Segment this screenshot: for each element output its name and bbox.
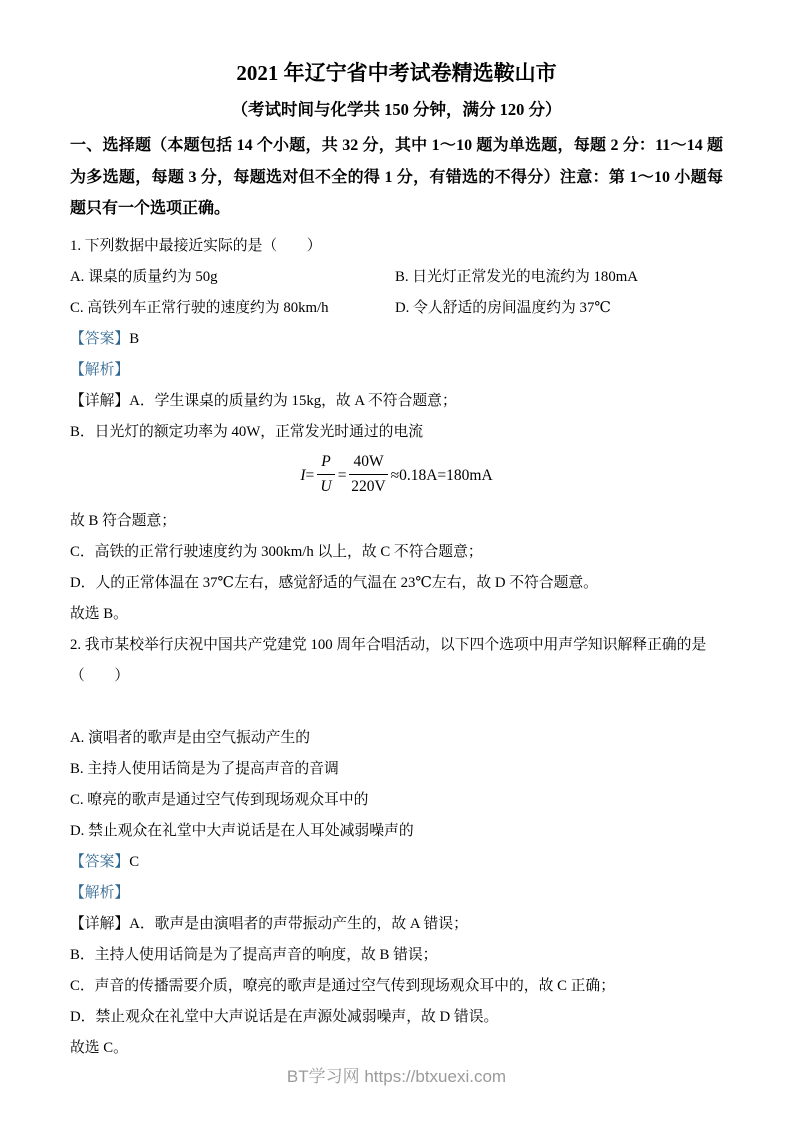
answer-label-q2: 【答案】	[70, 854, 129, 870]
formula-result: ≈0.18A=180mA	[391, 467, 493, 484]
formula-denominator-u: U	[317, 475, 334, 498]
q1-current-formula: I=PU=40W220V≈0.18A=180mA	[70, 453, 723, 500]
formula-denominator-220v: 220V	[349, 475, 387, 498]
q2-analysis-line: 【解析】	[70, 878, 723, 909]
q1-option-d: D. 令人舒适的房间温度约为 37℃	[395, 293, 611, 324]
watermark-footer: BT学习网 https://btxuexi.com	[0, 1062, 793, 1087]
exam-document-page: 2021 年辽宁省中考试卷精选鞍山市 （考试时间与化学共 150 分钟，满分 1…	[0, 0, 793, 1122]
formula-equals-2: =	[338, 467, 347, 484]
q2-option-a: A. 演唱者的歌声是由空气振动产生的	[70, 723, 723, 754]
q2-answer-value: C	[129, 854, 139, 870]
q1-detail-line-c: C．高铁的正常行驶速度约为 300km/h 以上，故 C 不符合题意；	[70, 537, 723, 568]
q2-detail-line-a: 【详解】A．歌声是由演唱者的声带振动产生的，故 A 错误；	[70, 909, 723, 940]
q2-option-d: D. 禁止观众在礼堂中大声说话是在人耳处减弱噪声的	[70, 816, 723, 847]
q1-conclusion: 故选 B。	[70, 599, 723, 630]
q2-option-b: B. 主持人使用话筒是为了提高声音的音调	[70, 754, 723, 785]
q1-option-c: C. 高铁列车正常行驶的速度约为 80km/h	[70, 293, 395, 324]
document-content: 2021 年辽宁省中考试卷精选鞍山市 （考试时间与化学共 150 分钟，满分 1…	[0, 0, 793, 1064]
q1-detail-line-a: 【详解】A．学生课桌的质量约为 15kg，故 A 不符合题意；	[70, 386, 723, 417]
q2-detail-line-b: B．主持人使用话筒是为了提高声音的响度，故 B 错误；	[70, 940, 723, 971]
q1-answer-line: 【答案】B	[70, 324, 723, 355]
q2-detail-line-c: C．声音的传播需要介质，嘹亮的歌声是通过空气传到现场观众耳中的，故 C 正确；	[70, 971, 723, 1002]
section-intro: 一、选择题（本题包括 14 个小题，共 32 分，其中 1～10 题为单选题，每…	[70, 130, 723, 225]
q1-options-row-1: A. 课桌的质量约为 50g B. 日光灯正常发光的电流约为 180mA	[70, 262, 723, 293]
q1-analysis-line: 【解析】	[70, 355, 723, 386]
q1-detail-line-d: D．人的正常体温在 37℃左右，感觉舒适的气温在 23℃左右，故 D 不符合题意…	[70, 568, 723, 599]
formula-equals-1: =	[305, 467, 314, 484]
page-title: 2021 年辽宁省中考试卷精选鞍山市	[70, 58, 723, 88]
q1-options-row-2: C. 高铁列车正常行驶的速度约为 80km/h D. 令人舒适的房间温度约为 3…	[70, 293, 723, 324]
q1-answer-value: B	[129, 331, 139, 347]
page-subtitle: （考试时间与化学共 150 分钟，满分 120 分）	[70, 98, 723, 122]
q1-option-a: A. 课桌的质量约为 50g	[70, 262, 395, 293]
q2-stem: 2. 我市某校举行庆祝中国共产党建党 100 周年合唱活动，以下四个选项中用声学…	[70, 630, 723, 692]
formula-numerator-40w: 40W	[349, 451, 387, 475]
q2-conclusion: 故选 C。	[70, 1033, 723, 1064]
answer-label: 【答案】	[70, 331, 129, 347]
formula-fraction-values: 40W220V	[349, 451, 387, 498]
q1-stem: 1. 下列数据中最接近实际的是（ ）	[70, 231, 723, 262]
q1-option-b: B. 日光灯正常发光的电流约为 180mA	[395, 262, 638, 293]
q2-answer-line: 【答案】C	[70, 847, 723, 878]
q2-option-c: C. 嘹亮的歌声是通过空气传到现场观众耳中的	[70, 785, 723, 816]
q2-detail-line-d: D．禁止观众在礼堂中大声说话是在声源处减弱噪声，故 D 错误。	[70, 1002, 723, 1033]
formula-fraction-pu: PU	[317, 451, 334, 498]
analysis-label-q2: 【解析】	[70, 885, 129, 901]
q1-detail-line-b: B．日光灯的额定功率为 40W，正常发光时通过的电流	[70, 417, 723, 448]
formula-numerator-p: P	[317, 451, 334, 475]
q1-detail-line-b2: 故 B 符合题意；	[70, 506, 723, 537]
analysis-label: 【解析】	[70, 362, 129, 378]
